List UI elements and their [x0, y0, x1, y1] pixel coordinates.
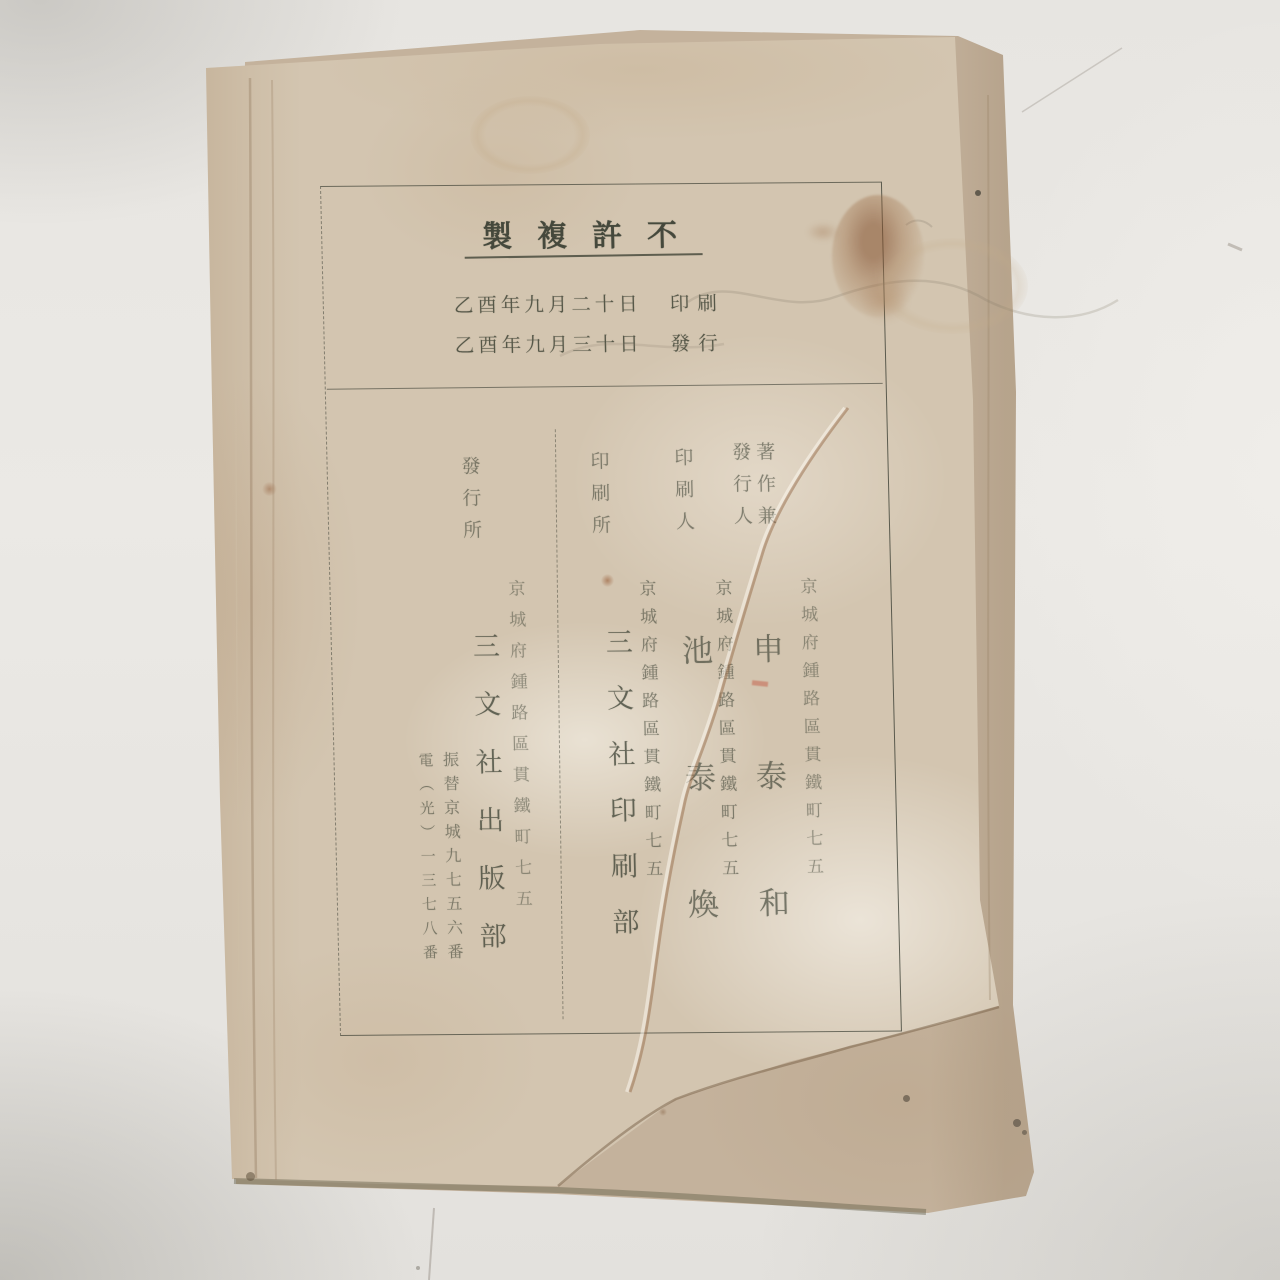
entry2-name: 池泰煥: [672, 634, 726, 1015]
entry4-phone: 電（光）一三七八番: [415, 752, 441, 968]
photo: { "photo": { "subject": "photograph of a…: [0, 0, 1280, 1280]
dashed-column-divider: [555, 429, 564, 1019]
publish-label-text: 發行: [670, 328, 726, 356]
publish-date-row: 乙酉年九月三十日 發行: [454, 328, 726, 358]
print-date-row: 乙酉年九月二十日 印刷: [453, 288, 725, 318]
entry1-name: 申泰和: [743, 632, 797, 1013]
entry4-transfer-account: 振替京城九七五六番: [438, 751, 466, 967]
colophon-box: 製複許不 乙酉年九月二十日 印刷 乙酉年九月三十日 發行 著作兼 發行人 京城府…: [320, 182, 902, 1036]
background-mark: [1228, 244, 1242, 250]
publish-date-text: 乙酉年九月三十日: [454, 328, 643, 357]
print-label-text: 印刷: [669, 288, 725, 316]
entry4-role: 發行所: [456, 456, 485, 552]
section-divider-line: [327, 383, 883, 390]
entry4-name: 三文社出版部: [464, 632, 511, 980]
entry3-role: 印刷所: [585, 451, 614, 547]
entry3-name: 三文社印刷部: [596, 628, 643, 964]
background-speck: [416, 1266, 420, 1270]
entry1-address: 京城府鍾路區貫鐵町七五: [794, 577, 826, 885]
background-seam: [429, 1208, 434, 1280]
entry1-role-left: 發行人: [727, 442, 756, 538]
print-date-text: 乙酉年九月二十日: [453, 288, 642, 317]
no-reproduction-title: 製複許不: [482, 209, 783, 255]
background-line: [1022, 48, 1122, 112]
entry2-role: 印刷人: [669, 447, 698, 543]
